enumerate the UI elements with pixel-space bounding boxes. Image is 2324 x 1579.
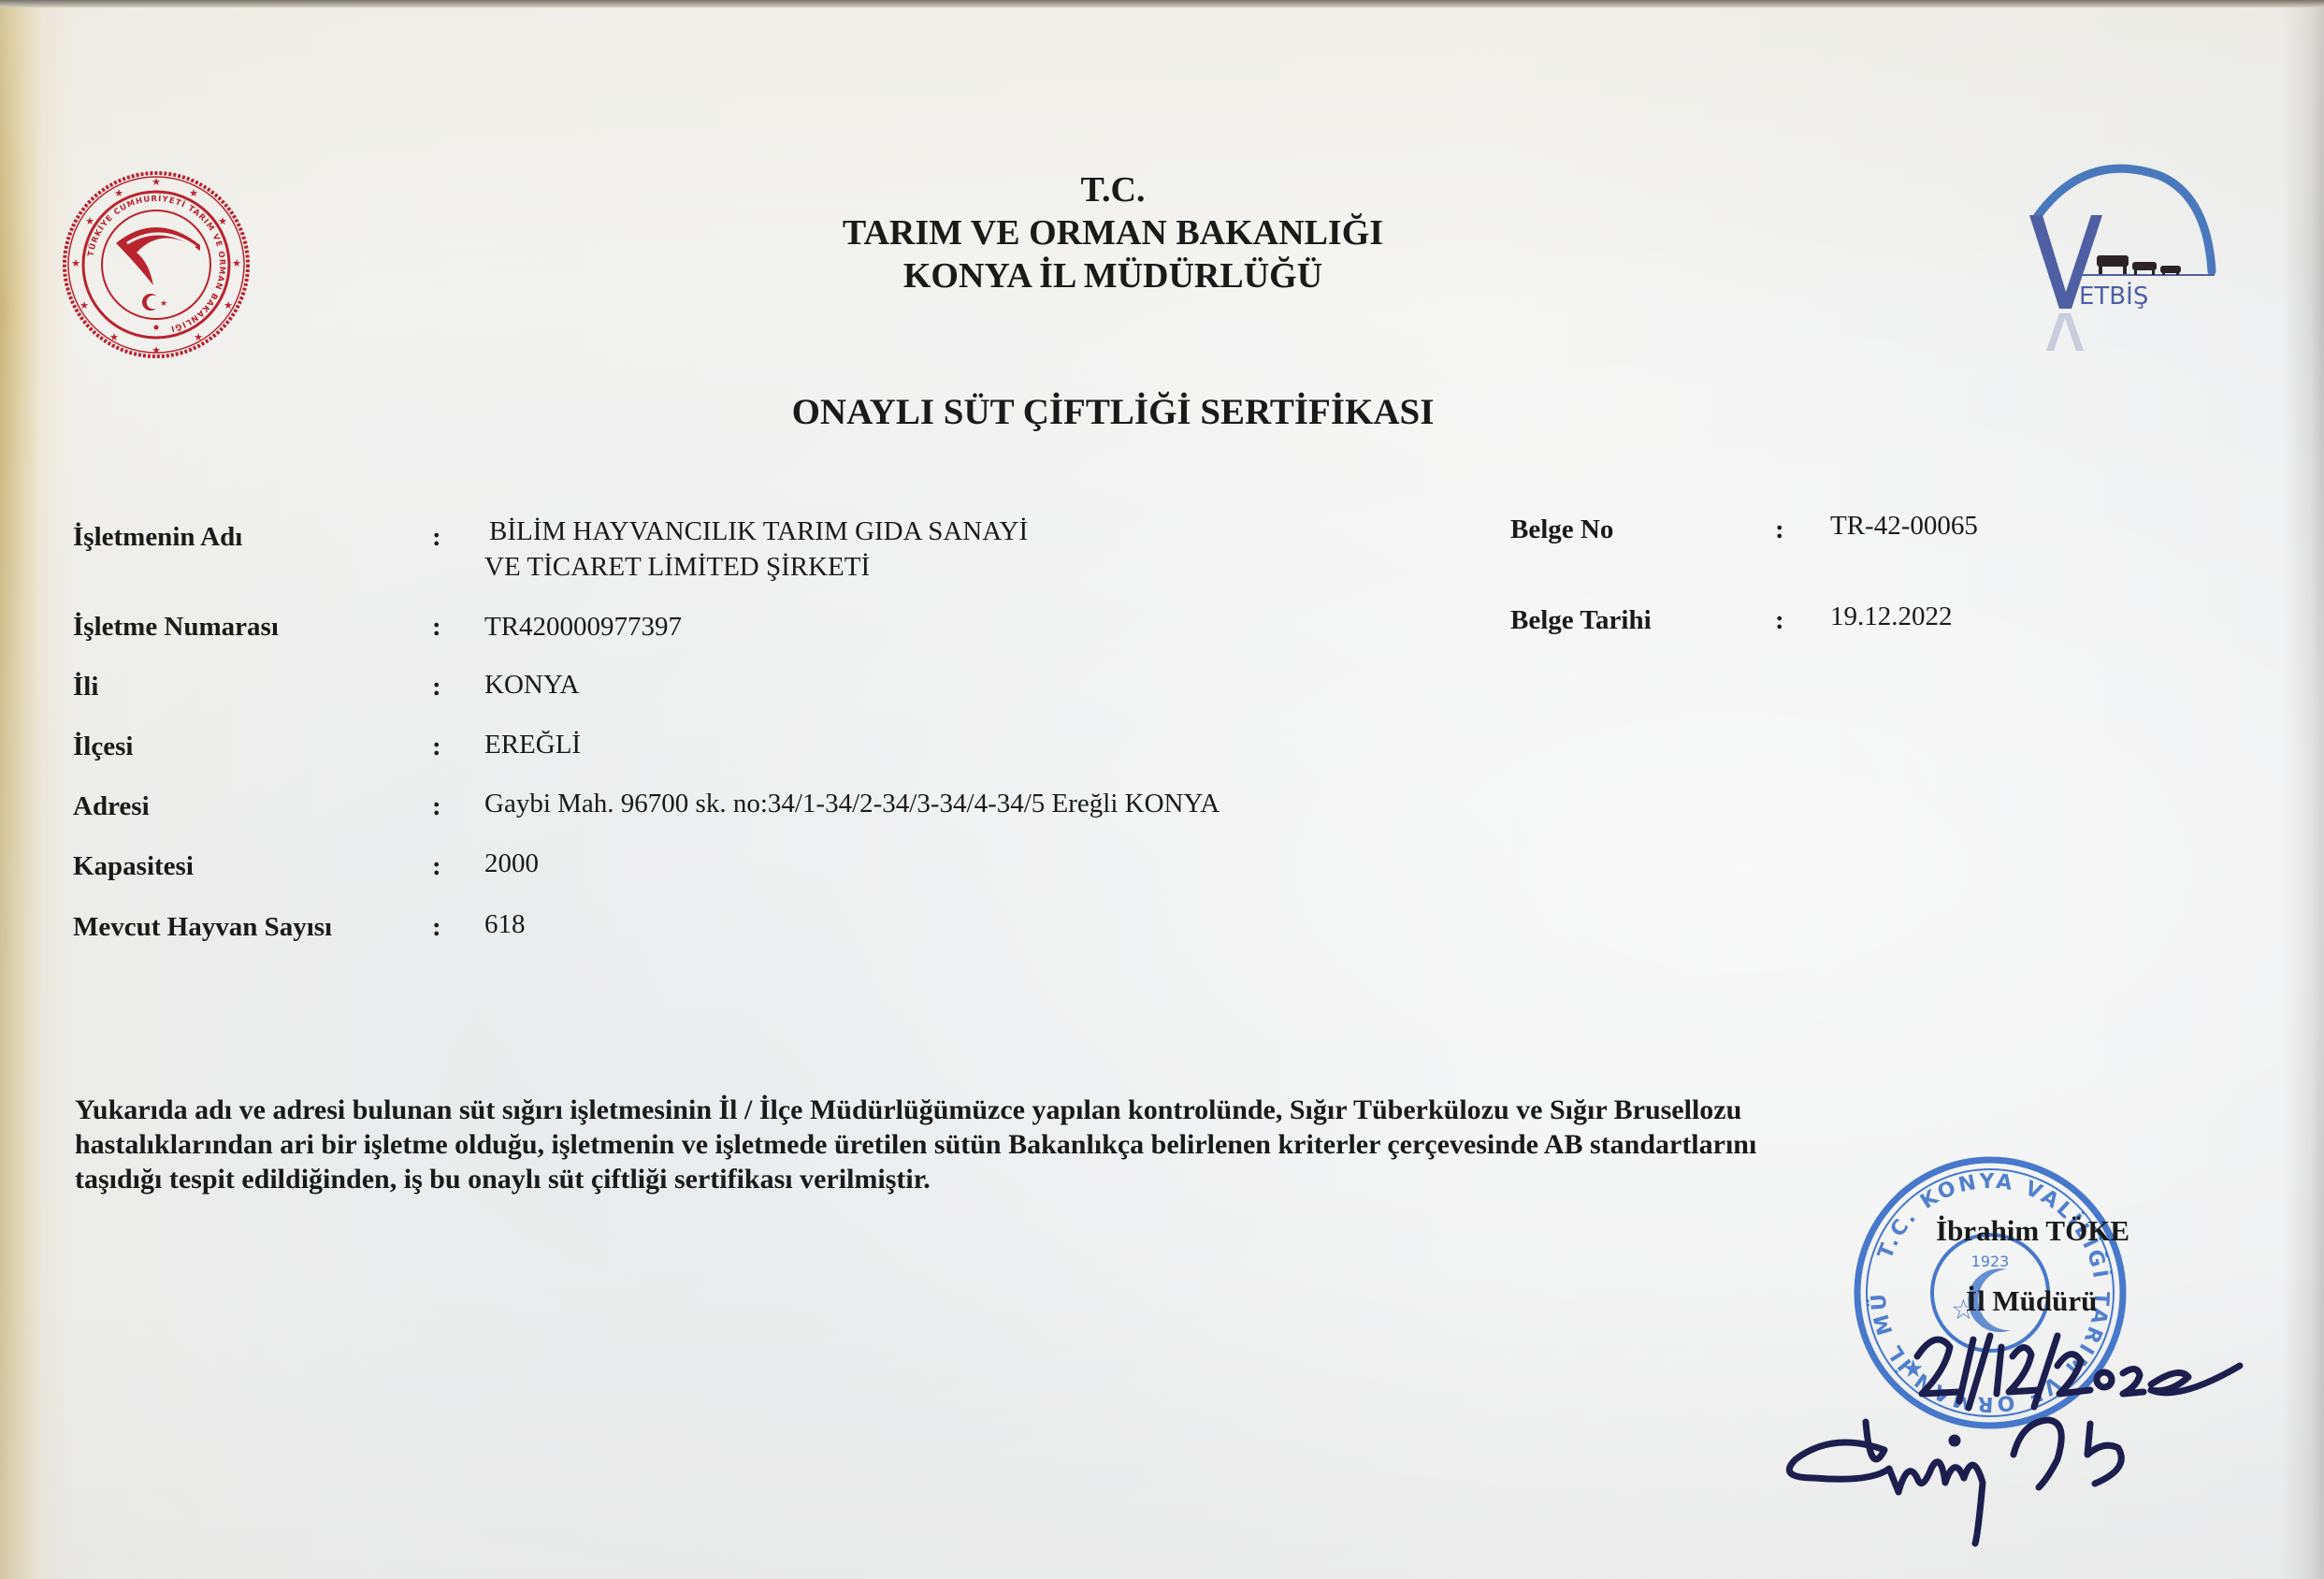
certification-statement: Yukarıda adı ve adresi bulunan süt sığır… bbox=[75, 1093, 1756, 1196]
field-label-animal-count: Mevcut Hayvan Sayısı bbox=[73, 912, 332, 943]
field-value-business-name-line1: BİLİM HAYVANCILIK TARIM GIDA SANAYİ bbox=[489, 516, 1028, 547]
field-label-province: İli bbox=[73, 672, 98, 703]
field-value-animal-count: 618 bbox=[484, 909, 526, 940]
doc-label-number: Belge No bbox=[1510, 514, 1613, 545]
field-value-address: Gaybi Mah. 96700 sk. no:34/1-34/2-34/3-3… bbox=[484, 789, 1220, 819]
svg-text:★: ★ bbox=[224, 299, 233, 311]
field-colon: : bbox=[432, 612, 441, 643]
field-value-business-number: TR420000977397 bbox=[484, 612, 682, 643]
field-value-district: EREĞLİ bbox=[484, 730, 581, 761]
doc-value-number: TR-42-00065 bbox=[1830, 511, 1978, 542]
frame-edge bbox=[0, 0, 2324, 7]
svg-text:★: ★ bbox=[160, 299, 167, 309]
field-label-address: Adresi bbox=[73, 791, 150, 822]
field-value-capacity: 2000 bbox=[484, 848, 539, 879]
svg-text:★: ★ bbox=[79, 299, 89, 311]
svg-text:★: ★ bbox=[109, 331, 119, 343]
header-ministry: TARIM VE ORMAN BAKANLIĞI bbox=[0, 211, 2226, 254]
field-colon: : bbox=[432, 851, 441, 882]
signatory-title: İl Müdürü bbox=[1966, 1284, 2097, 1318]
handwritten-signature-icon bbox=[1777, 1328, 2263, 1553]
statement-line: hastalıklarından ari bir işletme olduğu,… bbox=[75, 1127, 1756, 1162]
field-colon: : bbox=[1775, 514, 1784, 545]
field-colon: : bbox=[432, 912, 441, 943]
header-country: T.C. bbox=[0, 168, 2226, 211]
field-colon: : bbox=[432, 732, 441, 762]
field-value-business-name-line2: VE TİCARET LİMİTED ŞİRKETİ bbox=[484, 552, 870, 583]
field-colon: : bbox=[432, 791, 441, 822]
field-colon: : bbox=[432, 672, 441, 703]
field-label-district: İlçesi bbox=[73, 732, 133, 762]
field-label-capacity: Kapasitesi bbox=[73, 851, 194, 882]
field-colon: : bbox=[1775, 605, 1784, 636]
field-label-business-name: İşletmenin Adı bbox=[73, 522, 242, 553]
field-colon: : bbox=[432, 522, 441, 553]
svg-text:1923: 1923 bbox=[1971, 1253, 2010, 1270]
certificate-title: ONAYLI SÜT ÇİFTLİĞİ SERTİFİKASI bbox=[0, 391, 2226, 433]
svg-text:★: ★ bbox=[194, 331, 203, 343]
svg-text:★: ★ bbox=[152, 344, 161, 356]
field-value-province: KONYA bbox=[484, 670, 580, 701]
statement-line: taşıdığı tespit edildiğinden, iş bu onay… bbox=[75, 1162, 1756, 1196]
doc-value-date: 19.12.2022 bbox=[1830, 601, 1953, 632]
signatory-name: İbrahim TÖKE bbox=[1936, 1214, 2129, 1248]
doc-label-date: Belge Tarihi bbox=[1510, 605, 1652, 636]
field-label-business-number: İşletme Numarası bbox=[73, 612, 279, 643]
statement-line: Yukarıda adı ve adresi bulunan süt sığır… bbox=[75, 1093, 1756, 1127]
header-directorate: KONYA İL MÜDÜRLÜĞÜ bbox=[0, 254, 2226, 297]
